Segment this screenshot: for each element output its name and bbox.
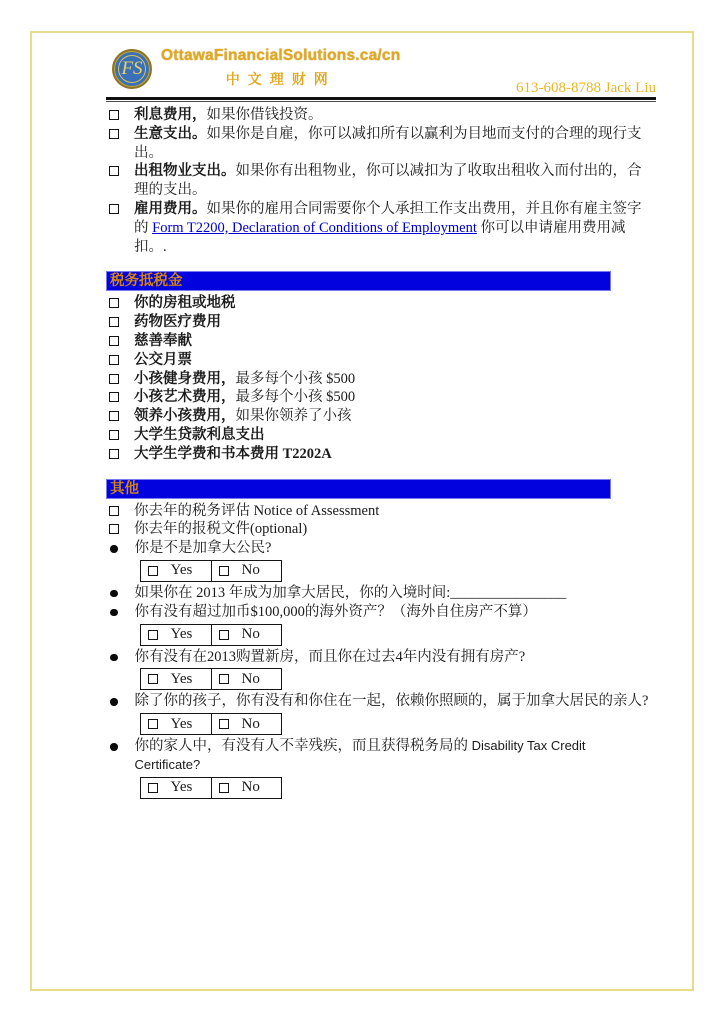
no-checkbox[interactable] (219, 566, 229, 576)
yes-option[interactable]: Yes (141, 669, 211, 689)
no-label: No (242, 627, 260, 642)
contact-phone: 613-608-8788 Jack Liu (516, 80, 656, 97)
question-body: 你是不是加拿大公民? Yes No (135, 539, 649, 584)
checklist-item-text: 小孩健身费用，最多每个小孩 $500 (134, 370, 650, 389)
checklist-item: 药物医疗费用 (106, 313, 656, 332)
checklist-item-text: 大学生贷款利息支出 (134, 426, 650, 445)
checklist-item-text: 你的房租或地税 (134, 294, 650, 313)
question-item: 你是不是加拿大公民? Yes No (106, 539, 656, 584)
checklist-item-text: 小孩艺术费用，最多每个小孩 $500 (134, 388, 650, 407)
checklist-item: 公交月票 (106, 351, 656, 370)
question-body: 你有没有在2013购置新房，而且你在过去4年内没有拥有房产? Yes No (135, 648, 649, 693)
checklist-item: 大学生贷款利息支出 (106, 426, 656, 445)
question-body: 你的家人中，有没有人不幸残疾，而且获得税务局的 Disability Tax C… (135, 737, 649, 801)
question-item: 如果你在 2013 年成为加拿大居民，你的入境时间:______________… (106, 584, 656, 603)
checklist-item-text: 你去年的报税文件(optional) (134, 520, 650, 539)
yes-no-table: Yes No (140, 560, 282, 582)
checkbox[interactable] (109, 204, 119, 214)
question-item: 你有没有超过加币$100,000的海外资产？（海外自住房产不算） Yes No (106, 603, 656, 648)
checklist-item: 雇用费用。如果你的雇用合同需要你个人承担工作支出费用，并且你有雇主签字的 For… (106, 200, 656, 256)
checkbox[interactable] (109, 355, 119, 365)
yes-checkbox[interactable] (148, 630, 158, 640)
yes-label: Yes (171, 717, 193, 732)
no-checkbox[interactable] (219, 783, 229, 793)
checklist-item: 小孩健身费用，最多每个小孩 $500 (106, 370, 656, 389)
yes-option[interactable]: Yes (141, 714, 211, 734)
yes-option[interactable]: Yes (141, 561, 211, 581)
checklist-item: 生意支出。如果你是自雇，你可以减扣所有以赢利为目地而支付的合理的现行支出。 (106, 125, 656, 163)
checklist-item-text: 你去年的税务评估 Notice of Assessment (134, 502, 650, 521)
section-header-other: 其他 (106, 479, 611, 499)
bullet-icon (110, 654, 118, 662)
yes-no-table: Yes No (140, 713, 282, 735)
question-text: 如果你在 2013 年成为加拿大居民，你的入境时间:______________… (135, 584, 649, 603)
checklist-item: 领养小孩费用，如果你领养了小孩 (106, 407, 656, 426)
yes-checkbox[interactable] (148, 783, 158, 793)
checklist-item-text: 生意支出。如果你是自雇，你可以减扣所有以赢利为目地而支付的合理的现行支出。 (134, 125, 650, 163)
question-item: 你的家人中，有没有人不幸残疾，而且获得税务局的 Disability Tax C… (106, 737, 656, 801)
site-name-chinese: 中文理财网 (161, 69, 400, 89)
checkbox[interactable] (109, 374, 119, 384)
question-body: 你有没有超过加币$100,000的海外资产？（海外自住房产不算） Yes No (135, 603, 649, 648)
yes-no-table: Yes No (140, 777, 282, 799)
no-checkbox[interactable] (219, 719, 229, 729)
checklist-item-text: 慈善奉献 (134, 332, 650, 351)
no-option[interactable]: No (211, 714, 281, 734)
checkbox[interactable] (109, 166, 119, 176)
yes-checkbox[interactable] (148, 719, 158, 729)
checkbox[interactable] (109, 430, 119, 440)
yes-no-table: Yes No (140, 668, 282, 690)
checklist-item: 你去年的报税文件(optional) (106, 520, 656, 539)
checklist-item-text: 出租物业支出。如果你有出租物业，你可以减扣为了收取出租收入而付出的，合理的支出。 (134, 162, 650, 200)
question-text: 你的家人中，有没有人不幸残疾，而且获得税务局的 Disability Tax C… (135, 737, 649, 775)
checklist-item: 你的房租或地税 (106, 294, 656, 313)
yes-label: Yes (171, 780, 193, 795)
section-header-tax-credits: 税务抵税金 (106, 271, 611, 291)
question-text: 你是不是加拿大公民? (135, 539, 649, 558)
fs-logo-icon: FS (112, 49, 152, 89)
bullet-icon (110, 698, 118, 706)
checkbox[interactable] (109, 129, 119, 139)
yes-no-table: Yes No (140, 624, 282, 646)
checklist-item: 慈善奉献 (106, 332, 656, 351)
document-content: FS OttawaFinancialSolutions.ca/cn 中文理财网 … (32, 33, 692, 801)
bullet-icon (110, 545, 118, 553)
header-divider (106, 97, 656, 102)
tax-credits-checklist: 你的房租或地税 药物医疗费用 慈善奉献 公交月票 小孩健身费用，最多每个小孩 $… (106, 294, 656, 463)
question-item: 除了你的孩子，你有没有和你住在一起，依赖你照顾的，属于加拿大居民的亲人? Yes… (106, 692, 656, 737)
bullet-icon (110, 609, 118, 617)
checklist-item-text: 利息费用，如果你借钱投资。 (134, 106, 650, 125)
checklist-item-text: 公交月票 (134, 351, 650, 370)
no-option[interactable]: No (211, 561, 281, 581)
question-item: 你有没有在2013购置新房，而且你在过去4年内没有拥有房产? Yes No (106, 648, 656, 693)
question-body: 如果你在 2013 年成为加拿大居民，你的入境时间:______________… (135, 584, 649, 603)
yes-label: Yes (171, 672, 193, 687)
checkbox[interactable] (109, 411, 119, 421)
form-t2200-link[interactable]: Form T2200, Declaration of Conditions of… (152, 220, 477, 236)
no-checkbox[interactable] (219, 630, 229, 640)
no-label: No (242, 672, 260, 687)
yes-option[interactable]: Yes (141, 625, 211, 645)
yes-option[interactable]: Yes (141, 778, 211, 798)
checklist-item: 出租物业支出。如果你有出租物业，你可以减扣为了收取出租收入而付出的，合理的支出。 (106, 162, 656, 200)
document-header: FS OttawaFinancialSolutions.ca/cn 中文理财网 … (106, 47, 656, 95)
page-border-frame: FS OttawaFinancialSolutions.ca/cn 中文理财网 … (30, 31, 694, 991)
checkbox[interactable] (109, 317, 119, 327)
checkbox[interactable] (109, 336, 119, 346)
site-name: OttawaFinancialSolutions.ca/cn (161, 47, 400, 65)
brand-text: OttawaFinancialSolutions.ca/cn 中文理财网 (161, 47, 400, 89)
no-option[interactable]: No (211, 669, 281, 689)
question-text: 你有没有在2013购置新房，而且你在过去4年内没有拥有房产? (135, 648, 649, 667)
other-checklist: 你去年的税务评估 Notice of Assessment 你去年的报税文件(o… (106, 502, 656, 801)
checklist-item-text: 大学生学费和书本费用 T2202A (134, 445, 650, 464)
yes-label: Yes (171, 627, 193, 642)
checkbox[interactable] (109, 298, 119, 308)
checklist-item: 利息费用，如果你借钱投资。 (106, 106, 656, 125)
no-label: No (242, 717, 260, 732)
checklist-item: 你去年的税务评估 Notice of Assessment (106, 502, 656, 521)
checkbox[interactable] (109, 392, 119, 402)
checklist-item-text: 药物医疗费用 (134, 313, 650, 332)
yes-checkbox[interactable] (148, 674, 158, 684)
question-body: 除了你的孩子，你有没有和你住在一起，依赖你照顾的，属于加拿大居民的亲人? Yes… (135, 692, 649, 737)
checkbox[interactable] (109, 506, 119, 516)
yes-checkbox[interactable] (148, 566, 158, 576)
no-label: No (242, 563, 260, 578)
no-option[interactable]: No (211, 625, 281, 645)
checklist-item: 大学生学费和书本费用 T2202A (106, 445, 656, 464)
bullet-icon (110, 590, 118, 598)
intro-checklist: 利息费用，如果你借钱投资。 生意支出。如果你是自雇，你可以减扣所有以赢利为目地而… (106, 106, 656, 256)
checklist-item: 小孩艺术费用，最多每个小孩 $500 (106, 388, 656, 407)
question-text: 你有没有超过加币$100,000的海外资产？（海外自住房产不算） (135, 603, 649, 622)
question-text: 除了你的孩子，你有没有和你住在一起，依赖你照顾的，属于加拿大居民的亲人? (135, 692, 649, 711)
no-option[interactable]: No (211, 778, 281, 798)
no-label: No (242, 780, 260, 795)
logo-letters: FS (114, 51, 150, 87)
checklist-item-text: 领养小孩费用，如果你领养了小孩 (134, 407, 650, 426)
checkbox[interactable] (109, 524, 119, 534)
yes-label: Yes (171, 563, 193, 578)
checkbox[interactable] (109, 449, 119, 459)
checklist-item-text: 雇用费用。如果你的雇用合同需要你个人承担工作支出费用，并且你有雇主签字的 For… (134, 200, 650, 256)
bullet-icon (110, 743, 118, 751)
no-checkbox[interactable] (219, 674, 229, 684)
checkbox[interactable] (109, 110, 119, 120)
